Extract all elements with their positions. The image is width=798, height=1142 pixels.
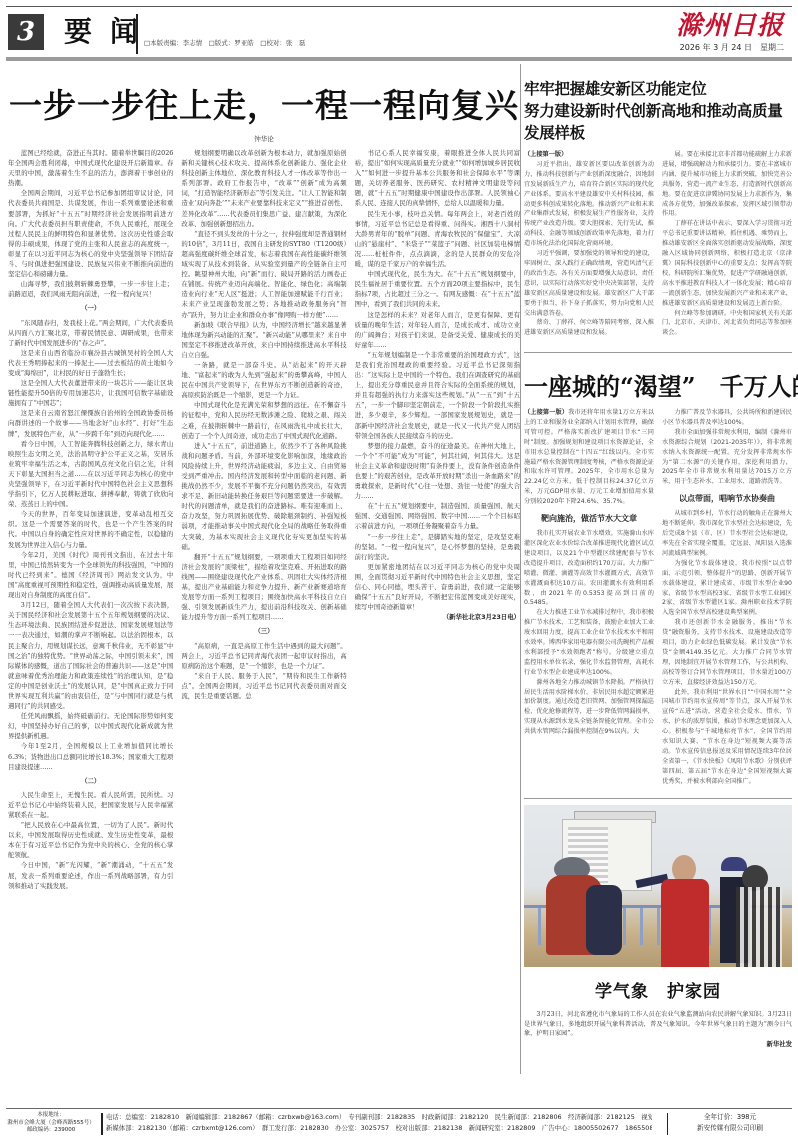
paragraph: 任凭风雨飘摇，始终砥砺前行。无论国际形势如何变幻，中国坚持办好自己的事，以中国式…: [8, 711, 173, 741]
footer-rule: [6, 1108, 792, 1109]
xiongan-column-1: （上接第一版）习近平指出，雄安新区要以改革创新为动力，推动科技创新与产业创新深度…: [524, 150, 654, 346]
paragraph: 这是来自云南省怒江傈僳族自治州的全国政协委员杨向群讲述的一个故事——当地念好“山…: [8, 408, 173, 438]
photo-credit: 新华社发: [524, 1039, 792, 1048]
section-number: （一）: [8, 303, 173, 313]
contacts-block: 电话：总编室：2182810 新闻编辑部：2182867（邮箱：czrbxwb@…: [106, 1112, 652, 1134]
paragraph: “一步一步往上走”，是脚踏实地的坚定，是攻坚克难的坚韧。“一程一程向复兴”，是心…: [355, 532, 520, 562]
footer-divider: [667, 1113, 669, 1135]
paragraph: 在“十五五”规划纲要中，制造强国、质量强国、航天强国、交通强国、网络强国、数字中…: [355, 501, 520, 531]
xiongan-column-2: 展。要在承接北京非首都功能疏解上力求新进展，增强疏解动力和承接引力。要在丰富城市…: [662, 150, 792, 346]
subheading: 以点带面，唱响节水协奏曲: [662, 493, 792, 505]
paragraph: 民生无小事，枝叶总关情。每年两会上，对老百姓的事情，习近平总书记总是看得重、问得…: [355, 209, 520, 270]
person-blue-cap: [721, 857, 747, 871]
page-footer: 本报地址： 滁州市会峰大厦（会峰西路555号） 邮政编码：239000 电话：总…: [6, 1110, 792, 1140]
article-divider: [524, 798, 792, 799]
right-column: 牢牢把握雄安新区功能定位 努力建设新时代创新高地和推动高质量发展样板 （上接第一…: [524, 64, 792, 1074]
article-divider: [524, 352, 792, 353]
section-number: （二）: [8, 776, 173, 786]
paragraph: 翻开“十五五”规划纲要，一项项重大工程项目如同经济社会发展的“顶梁柱”，描绘着攻…: [181, 552, 346, 623]
photo-title: 学气象 护家园: [524, 977, 792, 1002]
paragraph: 展。要在承接北京非首都功能疏解上力求新进展，增强疏解动力和承接引力。要在丰富城市…: [662, 150, 792, 219]
water-column-1: （上接第一版）我市还将年用水量1万立方米以上的工业和服务业全部纳入计划用水管理，…: [524, 408, 654, 792]
paragraph: 习近平指出，雄安新区要以改革创新为动力，推动科技创新与产业创新深度融合，因地制宜…: [524, 160, 654, 249]
presenter-red-vest: [661, 879, 709, 967]
news-photo[interactable]: [524, 805, 792, 967]
water-body: （上接第一版）我市还将年用水量1万立方米以上的工业和服务业全部纳入计划用水管理，…: [524, 408, 792, 792]
paragraph: 规划纲要明确以改革创新为根本动力，就加强原始创新和关键核心技术攻关、提高体系化创…: [181, 148, 346, 229]
xiongan-headline-line1: 牢牢把握雄安新区功能定位: [524, 78, 792, 100]
paragraph: 3月12日，随着全国人大代表们一次次按下表决器，关于国民经济和社会发展第十五个五…: [8, 600, 173, 711]
paragraph: “高原病，一直是高原工作生活中遇到的最大问题”。两会上，习近平总书记同青海代表团…: [181, 641, 346, 671]
paragraph: 滁州各地全力推动城镇节水降损。严格执行居民生活用水阶梯水价、非居民用水超定额累进…: [524, 678, 654, 737]
price-block: 全年订价：398元 新安传媒有限公司印刷: [674, 1112, 786, 1134]
section-name: 要闻: [64, 12, 156, 52]
header-divider: [136, 14, 138, 54]
issue-date: 2026 年 3 月 24 日 星期二: [676, 42, 784, 53]
paragraph: 何立峰等参加调研。中央和国家机关有关部门、北京市、天津市、河北省负责同志等参加座…: [662, 309, 792, 339]
paragraph: 新加坡《联合早报》认为，中国经济增长“越来越显著地体现为新兴动能的汇聚”。“新兴…: [181, 320, 346, 360]
paragraph: 在大力推进工业节水减排过程中，我市积极推广节水技术、工艺和装备，鼓励企业加大工业…: [524, 608, 654, 677]
paragraph: 蔡奇、丁薛祥、何立峰等陪同考察，深入推进雄安新区高质量建设和发展。: [524, 318, 654, 338]
paragraph: 我市还创新节水金融服务，推出“节水贷”融资服务，支持节水技术、设施建设改造等项目…: [662, 618, 792, 687]
address-block: 本报地址： 滁州市会峰大厦（会峰西路555号） 邮政编码：239000: [6, 1112, 96, 1135]
postcode: 邮政编码：239000: [6, 1127, 96, 1135]
paragraph: （上接第一版）我市还将年用水量1万立方米以上的工业和服务业全部纳入计划用水管理，…: [524, 408, 654, 507]
xiongan-headline-line2: 努力建设新时代创新高地和推动高质量发展样板: [524, 100, 792, 144]
paragraph: 这是来自山西省临汾市襄汾县古城镇吴村的全国人大代表王秀明捧起来的一捧泥土——过去…: [8, 348, 173, 378]
photo-caption: 3月23日，河北省遵化市气象局的工作人员在农业气象监测站向农民讲解气象知识。3月…: [524, 1010, 792, 1039]
paragraph: 这是怎样的未来？对老年人而言，是更有保障、更有质量的晚年生活；对年轻人而言，是成…: [355, 310, 520, 350]
paragraph: 今年2月，美国《时代》周刊刊文指出，在过去十年里，中国已悄然转变为一个全球领先的…: [8, 550, 173, 600]
lead-column-3: 书记心系人民幸福安康，着眼推进全体人民共同富裕，提出“如何实现高质量充分就业”“…: [355, 148, 520, 1073]
xiongan-body: （上接第一版）习近平指出，雄安新区要以改革创新为动力，推动科技创新与产业创新深度…: [524, 150, 792, 346]
paragraph: 为强化节水载体建设，我市按照“以点带面、示范引领、整体提升”的思路，创新开展节水…: [662, 559, 792, 618]
paragraph: 今天的世界，百年变局加速演进，变革动乱相互交织。这是一个需要答案的时代，也是一个…: [8, 509, 173, 549]
water-headline[interactable]: 一座城的“渴望” 千万人的担当: [524, 367, 792, 402]
lead-column-1: 蓝图已经绘就，奋进正当其时。随着举世瞩目的2026年全国两会胜利闭幕，中国式现代…: [8, 148, 173, 1073]
subscription-price: 全年订价：398元: [674, 1112, 786, 1123]
paragraph: 中国式现代化，民生为大。在“十五五”规划纲要中，民生福祉居于重要位置。五个方面2…: [355, 269, 520, 309]
paragraph: 一条路，就是一部奋斗史。从“站起来”的开天辟地、“富起来”的敢为人先到“强起来”…: [181, 360, 346, 400]
paragraph: 人民生命至上，无愧生民。看人民所需，民所忧。习近平总书记心中始终装着人民，把国家…: [8, 790, 173, 820]
contacts-line-1: 电话：总编室：2182810 新闻编辑部：2182867（邮箱：czrbxwb@…: [106, 1112, 652, 1123]
editor-credits: □本版责编：李志情 □版式：罗亚皓 □校对：张 磊: [144, 38, 305, 47]
page-number: 3: [8, 14, 44, 50]
address: 滁州市会峰大厦（会峰西路555号）: [6, 1120, 96, 1128]
continued-from: （上接第一版）: [524, 409, 568, 416]
lead-column-2: 规划纲要明确以改革创新为根本动力，就加强原始创新和关键核心技术攻关、提高体系化创…: [181, 148, 346, 1073]
paragraph: 全国两会期间，习近平总书记参加团组审议讨论，同代表委员共商国是、共谋发展，作出一…: [8, 188, 173, 279]
paragraph: 丁薛祥在讲话中表示，要深入学习贯彻习近平总书记重要讲话精神，抓住机遇、乘势而上，…: [662, 219, 792, 308]
printer: 新安传媒有限公司印刷: [674, 1123, 786, 1134]
paragraph: “五年规划编制是一个非常重要的治国理政方式”，这是我们党治国理政的重要经验。习近…: [355, 350, 520, 441]
footer-divider: [101, 1113, 103, 1135]
column-divider: [520, 64, 521, 1074]
paragraph: 我市扎实开展农业节水增效。实施滁山水库灌区深化农业水价综合改革推进现代化灌区试点…: [524, 529, 654, 608]
contacts-line-2: 新媒体部：2182130（邮箱：czrbxmt@126.com） 群工发行部：2…: [106, 1123, 652, 1134]
page-header: 3 要闻 □本版责编：李志情 □版式：罗亚皓 □校对：张 磊 滁州日报 2026…: [6, 12, 792, 56]
address-label: 本报地址：: [6, 1112, 96, 1120]
person-dark-coat: [586, 885, 622, 955]
header-bar: [6, 57, 792, 61]
paragraph: 今日中国，“新”光闪耀，“新”潮涌动，“十五五”发展，发表一系列重要论述，作出一…: [8, 860, 173, 890]
paragraph: 梦想的接力最燃，奋斗的征途最美。在神州大地上，一个个“不可能”成为“可能”，何其…: [355, 441, 520, 502]
paragraph: “把人民放在心中最高位置，一切为了人民”。新时代以来，中国发展取得历史性成就、发…: [8, 820, 173, 860]
subheading: 靶向施治，做活节水大文章: [524, 513, 654, 525]
xiongan-headline[interactable]: 牢牢把握雄安新区功能定位 努力建设新时代创新高地和推动高质量发展样板: [524, 78, 792, 144]
paragraph: 习近平强调，要加强党的领导和党的建设，牢固树立、深入践行正确政绩观，营造风清气正…: [524, 249, 654, 318]
paragraph: 力推广普及节水器具，公共场所和新建居民小区节水器具普及率达100%。: [662, 408, 792, 428]
paragraph: 今年1至2月，全国规模以上工业增加值同比增长6.3%；货物进出口总额同比增长18…: [8, 741, 173, 771]
paragraph: 山海寻梦，我们披荆斩棘勇登攀，一步一步往上走；前路迢迢，我们风雨无阻向前进，一程…: [8, 279, 173, 299]
water-column-2: 力推广普及节水器具，公共场所和新建居民小区节水器具普及率达100%。我市全面加强…: [662, 408, 792, 792]
paragraph: 从城市到乡村，节水行动的触角正在滁州大地不断延伸。我市深化节水型社会达标建设，先…: [662, 509, 792, 559]
paragraph: 我市全面加强非常规水利用，编制《滁州市水资源综合规划（2021-2035年）》，…: [662, 428, 792, 487]
lead-headline[interactable]: 一步一步往上走，一程一程向复兴: [8, 80, 520, 127]
person-plaid-coat: [736, 887, 782, 967]
dateline-signature: （新华社北京3月23日电）: [355, 612, 520, 622]
paragraph: 中国式现代化是充满光荣和梦想的远征。在不懈奋斗的征程中，党和人民历经无数涉滩之险…: [181, 400, 346, 440]
lead-body: 蓝图已经绘就，奋进正当其时。随着举世瞩目的2026年全国两会胜利闭幕，中国式现代…: [8, 148, 520, 1073]
paragraph: “直径不到头发丝的十分之一，拉伸强度却是普通钢材的10倍”，3月11日，我国自主…: [181, 229, 346, 320]
lead-article: 一步一步往上走，一程一程向复兴 钟华论 蓝图已经绘就，奋进正当其时。随着举世瞩目…: [8, 64, 520, 1074]
paragraph: 这是全国人大代表董进带来的一块芯片——能让区块链性能提升50倍的专用加速芯片，让…: [8, 378, 173, 408]
masthead: 滁州日报 2026 年 3 月 24 日 星期二: [676, 12, 784, 53]
newspaper-logo: 滁州日报: [676, 12, 784, 40]
paragraph-text: 我市还将年用水量1万立方米以上的工业和服务业全部纳入计划用水管理，确保可管可控。…: [524, 409, 654, 505]
top-rule: [6, 6, 792, 7]
paragraph: “来自于人民、服务于人民”，“期待和民生工作新特点”。全国两会期间，习近平总书记…: [181, 671, 346, 701]
paragraph: “东风随春归，发我枝上花。”两会期间，广大代表委员从四面八方汇聚北京，带着民情民…: [8, 318, 173, 348]
paragraph: 更加紧密地团结在以习近平同志为核心的党中央周围，全面贯彻习近平新时代中国特色社会…: [355, 562, 520, 612]
paragraph: 书记心系人民幸福安康，着眼推进全体人民共同富裕，提出“如何实现高质量充分就业”“…: [355, 148, 520, 209]
lead-byline: 钟华论: [8, 134, 520, 143]
paragraph: 进入“十五五”，前进道路上，依然少不了各种风险挑战和问题矛盾。当前，外部环境变化…: [181, 441, 346, 552]
section-number: （三）: [181, 626, 346, 636]
continued-from: （上接第一版）: [524, 150, 654, 160]
paragraph: 蓝图已经绘就，奋进正当其时。随着举世瞩目的2026年全国两会胜利闭幕，中国式现代…: [8, 148, 173, 188]
photo-caption-text: 3月23日，河北省遵化市气象局的工作人员在农业气象监测站向农民讲解气象知识。3月…: [524, 1011, 792, 1037]
paragraph: 此外，我市利用“世界水日”“中国水周”“全国城市节约用水宣传周”等节点，深入开展…: [662, 688, 792, 787]
paragraph: 看今日中国，人工智能奔腾科技创新之力，绿水青山映照生态文明之美，法治昌明守护公平…: [8, 439, 173, 510]
